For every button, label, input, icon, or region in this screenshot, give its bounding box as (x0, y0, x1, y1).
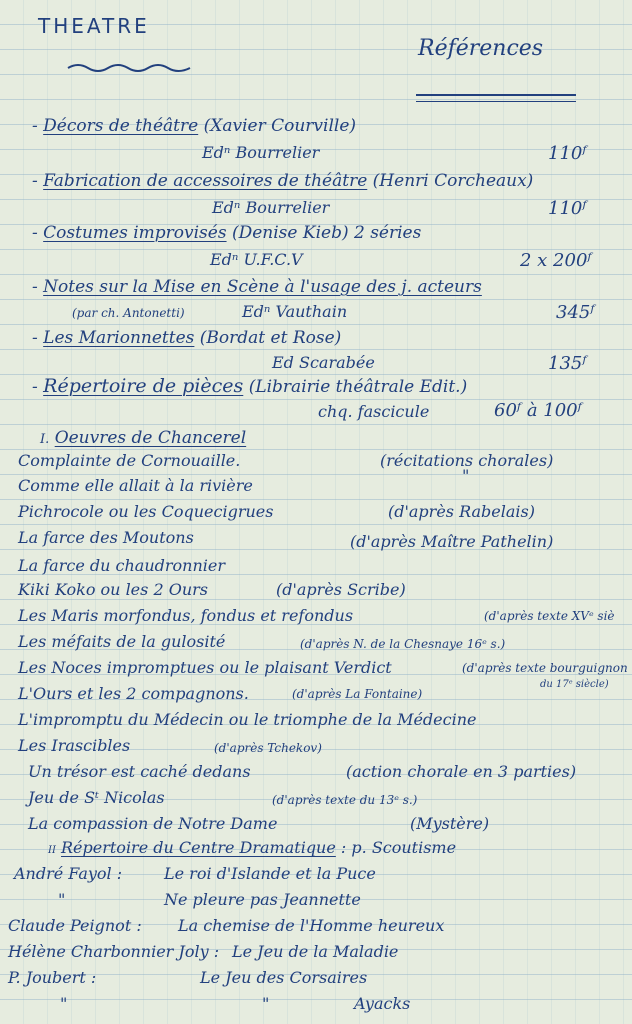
reference-price: 135ᶠ (548, 355, 587, 373)
reference-price: 60ᶠ à 100ᶠ (494, 402, 582, 420)
double-underline (416, 94, 576, 102)
work-note: (d'après La Fontaine) (292, 688, 422, 700)
work-item: Un trésor est caché dedans (28, 764, 251, 780)
reference-item: - Costumes improvisés (Denise Kieb) 2 sé… (32, 225, 421, 242)
work-item: L'Ours et les 2 compagnons. (18, 686, 249, 702)
reference-price: 345ᶠ (556, 304, 595, 322)
work-item: La farce des Moutons (18, 530, 194, 546)
references-heading: Références (418, 38, 543, 60)
reference-publisher: Edⁿ U.F.C.V (210, 252, 303, 268)
work-item: L'impromptu du Médecin ou le triomphe de… (18, 712, 476, 728)
work-note: (d'après texte XVᵉ siè (484, 610, 615, 622)
reference-item: - Fabrication de accessoires de théâtre … (32, 173, 533, 190)
work-author: Hélène Charbonnier Joly : (8, 944, 219, 960)
reference-author: (Bordat et Rose) (200, 328, 342, 348)
work-item: La farce du chaudronnier (18, 558, 225, 574)
work-title: Ayacks (354, 996, 410, 1012)
work-author: P. Joubert : (8, 970, 96, 986)
reference-author: (Librairie théâtrale Edit.) (249, 377, 468, 397)
work-item: Les Noces impromptues ou le plaisant Ver… (18, 660, 392, 676)
wavy-underline (66, 62, 192, 74)
reference-title: Fabrication de accessoires de théâtre (43, 171, 367, 191)
section-1-heading: I. Oeuvres de Chancerel (40, 430, 246, 447)
reference-publisher: Edⁿ Vauthain (242, 304, 347, 320)
reference-author: (Henri Corcheaux) (373, 171, 534, 191)
work-note: (d'après Tchekov) (214, 742, 322, 754)
reference-author: (Xavier Courville) (204, 116, 356, 136)
reference-publisher: Edⁿ Bourrelier (212, 200, 329, 216)
reference-title: Costumes improvisés (43, 223, 226, 243)
work-note: (d'après texte du 13ᵉ s.) (272, 794, 417, 806)
reference-title: Répertoire de pièces (43, 375, 243, 397)
work-item: Les méfaits de la gulosité (18, 634, 225, 650)
work-title: Le roi d'Islande et la Puce (164, 866, 376, 882)
work-title: Ne pleure pas Jeannette (164, 892, 361, 908)
work-item: Les Maris morfondus, fondus et refondus (18, 608, 353, 624)
reference-title: Les Marionnettes (43, 328, 194, 348)
work-note: (action chorale en 3 parties) (346, 764, 576, 780)
reference-title: Décors de théâtre (43, 116, 198, 136)
work-ditto: " (262, 996, 269, 1012)
reference-price: 110ᶠ (548, 145, 587, 163)
work-note: (Mystère) (410, 816, 489, 832)
reference-price: 2 x 200ᶠ (520, 252, 592, 270)
reference-publisher: chq. fascicule (318, 404, 429, 420)
work-note: (d'après Maître Pathelin) (350, 534, 553, 550)
work-note: (d'après Scribe) (276, 582, 406, 598)
work-item: Les Irascibles (18, 738, 130, 754)
work-title: Le Jeu des Corsaires (200, 970, 367, 986)
reference-item: - Notes sur la Mise en Scène à l'usage d… (32, 279, 482, 296)
work-title: Le Jeu de la Maladie (232, 944, 398, 960)
work-item: Kiki Koko ou les 2 Ours (18, 582, 208, 598)
reference-author: (Denise Kieb) 2 séries (232, 223, 421, 243)
work-author: " (58, 892, 65, 908)
page-title: THEATRE (38, 16, 150, 36)
reference-item: - Répertoire de pièces (Librairie théâtr… (32, 377, 467, 396)
work-note: " (462, 468, 469, 484)
work-note: (d'après Rabelais) (388, 504, 535, 520)
work-note: (d'après N. de la Chesnaye 16ᵉ s.) (300, 638, 505, 650)
reference-publisher: Ed Scarabée (272, 355, 375, 371)
work-item: Jeu de Sᵗ Nicolas (28, 790, 165, 806)
reference-item: - Décors de théâtre (Xavier Courville) (32, 118, 356, 135)
work-note: (d'après texte bourguignon (462, 662, 628, 674)
reference-item: - Les Marionnettes (Bordat et Rose) (32, 330, 341, 347)
work-item: Comme elle allait à la rivière (18, 478, 253, 494)
reference-title: Notes sur la Mise en Scène à l'usage des… (43, 277, 482, 297)
section-2-heading: II Répertoire du Centre Dramatique : p. … (48, 840, 456, 856)
work-item: Complainte de Cornouaille. (18, 453, 240, 469)
work-author: " (60, 996, 67, 1012)
reference-price: 110ᶠ (548, 200, 587, 218)
reference-publisher: Edⁿ Bourrelier (202, 145, 319, 161)
work-author: André Fayol : (14, 866, 122, 882)
work-author: Claude Peignot : (8, 918, 142, 934)
reference-author: (par ch. Antonetti) (72, 307, 185, 319)
work-item: La compassion de Notre Dame (28, 816, 277, 832)
work-item: Pichrocole ou les Coquecigrues (18, 504, 273, 520)
work-title: La chemise de l'Homme heureux (178, 918, 444, 934)
work-note-continued: du 17ᵉ siècle) (540, 680, 609, 690)
